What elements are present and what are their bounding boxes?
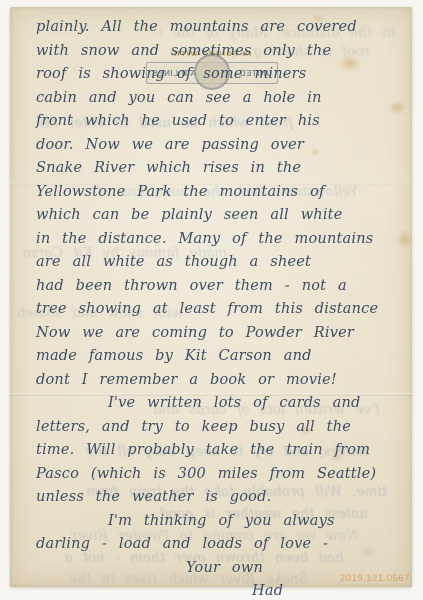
letter-line: unless the weather is good. <box>36 486 408 510</box>
letter-line: had been thrown over them - not a <box>36 275 408 299</box>
letter-line: cabin and you can see a hole in <box>36 87 408 111</box>
letter-line: Pasco (which is 300 miles from Seattle) <box>36 463 408 487</box>
letter-line: letters, and try to keep busy all the <box>36 416 408 440</box>
letter-line: I've written lots of cards and <box>36 392 408 416</box>
letter-paper: in the distance. Many of the mountains r… <box>10 7 412 587</box>
letter-body: plainly. All the mountains are covered w… <box>36 16 408 600</box>
letter-line: Snake River which rises in the <box>36 157 408 181</box>
letter-line: are all white as though a sheet <box>36 251 408 275</box>
letter-line: in the distance. Many of the mountains <box>36 228 408 252</box>
letter-line: tree showing at least from this distance <box>36 298 408 322</box>
letter-line: with snow and sometimes only the <box>36 40 408 64</box>
letter-line: door. Now we are passing over <box>36 134 408 158</box>
letter-line: plainly. All the mountains are covered <box>36 16 408 40</box>
letter-line: made famous by Kit Carson and <box>36 345 408 369</box>
letter-line: time. Will probably take the train from <box>36 439 408 463</box>
letter-line: which can be plainly seen all white <box>36 204 408 228</box>
letter-line: Now we are coming to Powder River <box>36 322 408 346</box>
letter-line: I'm thinking of you always <box>36 510 408 534</box>
scanned-letter-page: { "document": { "kind": "handwritten let… <box>0 0 423 600</box>
letter-line: dont I remember a book or movie! <box>36 369 408 393</box>
letter-line: darling - load and loads of love - <box>36 533 408 557</box>
catalog-number: 2019.121.0567 <box>340 573 410 584</box>
letter-line: front which he used to enter his <box>36 110 408 134</box>
letter-line: roof is showing of some miners <box>36 63 408 87</box>
letter-line: Yellowstone Park the mountains of <box>36 181 408 205</box>
